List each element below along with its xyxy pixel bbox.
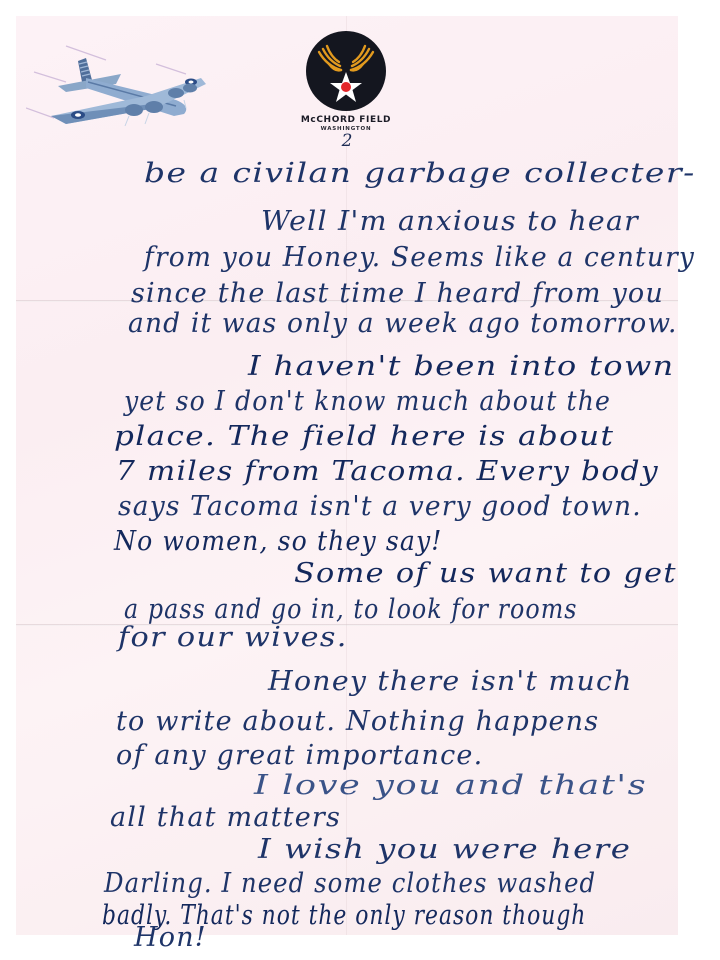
letter-line: from you Honey. Seems like a century: [144, 242, 695, 273]
letter-line: of any great importance.: [116, 740, 483, 771]
letter-line: Well I'm anxious to hear: [261, 206, 639, 237]
letter-line: yet so I don't know much about the: [124, 386, 611, 417]
letter-line: I haven't been into town: [248, 351, 675, 382]
letter-line: and it was only a week ago tomorrow.: [128, 308, 678, 339]
letter-line: Darling. I need some clothes washed: [104, 868, 596, 899]
letter-line: be a civilan garbage collecter-: [144, 158, 696, 189]
army-air-forces-emblem-icon: [305, 30, 387, 112]
letter-page: McCHORD FIELD WASHINGTON 2 be a civilan …: [16, 16, 678, 935]
letter-line: says Tacoma isn't a very good town.: [118, 491, 642, 522]
page-number: 2: [332, 131, 362, 151]
letter-line: for our wives.: [118, 622, 348, 653]
letter-line: No women, so they say!: [114, 526, 442, 557]
letter-line: Honey there isn't much: [268, 666, 633, 697]
b17-bomber-icon: [26, 36, 216, 131]
letterhead-field-name: McCHORD FIELD: [286, 115, 406, 125]
letter-line: I love you and that's: [254, 770, 647, 801]
letter-line: Hon!: [134, 922, 207, 953]
letter-line: since the last time I heard from you: [131, 278, 664, 309]
letter-line: place. The field here is about: [114, 421, 614, 452]
letter-line: to write about. Nothing happens: [116, 706, 599, 737]
letter-line: Some of us want to get: [294, 558, 677, 589]
letter-line: a pass and go in, to look for rooms: [124, 594, 578, 625]
letter-line: 7 miles from Tacoma. Every body: [116, 456, 659, 487]
letter-line: all that matters: [110, 802, 341, 833]
letter-line: I wish you were here: [258, 834, 631, 865]
